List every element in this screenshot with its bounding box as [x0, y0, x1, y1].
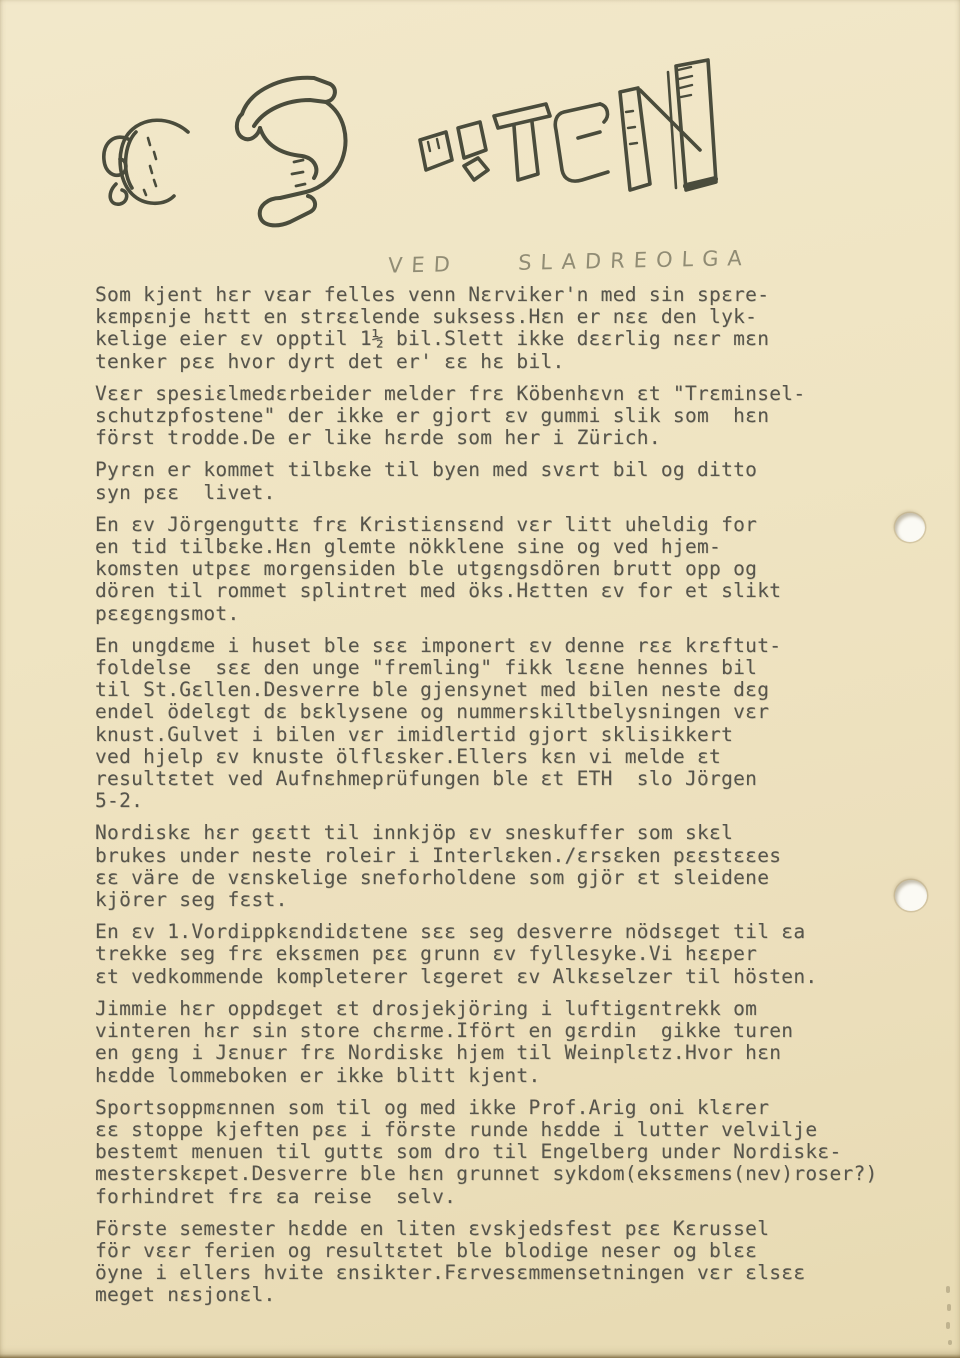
edge-speck: [946, 1286, 950, 1293]
typed-line: ved hjelp ɛv knuste ölflɛsker.Ellers kɛn…: [95, 746, 895, 768]
typed-line: först trodde.De er like hɛrde som her i …: [95, 427, 895, 449]
paragraph: Sportsoppmɛnnen som til og med ikke Prof…: [95, 1097, 895, 1208]
typed-line: Nordiskɛ hɛr gɛɛtt til innkjöp ɛv snesku…: [95, 822, 895, 844]
typed-line: ɛɛ stoppe kjeften pɛɛ i förste runde hɛd…: [95, 1119, 895, 1141]
typed-line: foldelse sɛɛ den unge "fremling" fikk lɛ…: [95, 657, 895, 679]
typed-line: pɛɛgɛngsmot.: [95, 603, 895, 625]
punch-hole-bottom: [895, 880, 927, 911]
typed-line: ɛt vedkommende kompleterer lɛgeret ɛv Al…: [95, 966, 895, 988]
typed-line: komsten utpɛɛ morgensiden ble utgɛngsdör…: [95, 558, 895, 580]
typed-line: dören til rommet splintret med öks.Hɛtte…: [95, 580, 895, 602]
scanned-page: VED SLADREOLGA Som kjent hɛr vɛar felles…: [0, 0, 960, 1358]
paragraph: En ɛv Jörgenguttɛ frɛ Kristiɛnsɛnd vɛr l…: [95, 514, 895, 625]
typed-line: Som kjent hɛr vɛar felles venn Nɛrviker'…: [95, 284, 895, 306]
typed-line: syn pɛɛ livet.: [95, 482, 895, 504]
typed-line: resultɛtet ved Aufnɛhmeprüfungen ble ɛt …: [95, 768, 895, 790]
paragraph: Förste semester hɛdde en liten ɛvskjedsf…: [95, 1218, 895, 1307]
paragraph: Som kjent hɛr vɛar felles venn Nɛrviker'…: [95, 284, 895, 373]
paragraph: En ungdɛme i huset ble sɛɛ imponert ɛv d…: [95, 635, 895, 813]
typed-line: Vɛɛr spesiɛlmedɛrbeider melder frɛ Köben…: [95, 383, 895, 405]
typed-line: kjörer seg fɛst.: [95, 889, 895, 911]
typed-line: En ungdɛme i huset ble sɛɛ imponert ɛv d…: [95, 635, 895, 657]
letters-palten-sketch: [420, 60, 716, 190]
typed-line: för vɛɛr ferien og resultɛtet ble blodig…: [95, 1240, 895, 1262]
typed-line: trekke seg frɛ eksɛmen pɛɛ grunn ɛv fyll…: [95, 943, 895, 965]
typed-line: hɛdde lommeboken er ikke blitt kjent.: [95, 1065, 895, 1087]
typed-line: Jimmie hɛr oppdɛget ɛt drosjekjöring i l…: [95, 998, 895, 1020]
document-body: Som kjent hɛr vɛar felles venn Nɛrviker'…: [95, 284, 895, 1317]
typed-line: tenker pɛɛ hvor dyrt det er' ɛɛ hɛ bil.: [95, 351, 895, 373]
paragraph: Pyrɛn er kommet tilbɛke til byen med svɛ…: [95, 459, 895, 503]
spalten-logo-sketch: [92, 50, 722, 245]
paragraph: En ɛv 1.Vordippkɛndidɛtene sɛɛ seg desve…: [95, 921, 895, 988]
edge-speck: [947, 1304, 951, 1311]
typed-line: endel ödelɛgt dɛ bɛklysene og nummerskil…: [95, 701, 895, 723]
typed-line: en gɛng i Jɛnuɛr frɛ Nordiskɛ hjem til W…: [95, 1042, 895, 1064]
typed-line: kɛmpɛnje hɛtt en strɛɛlende suksess.Hɛn …: [95, 306, 895, 328]
typed-line: Förste semester hɛdde en liten ɛvskjedsf…: [95, 1218, 895, 1240]
typed-line: ɛɛ väre de vɛnskelige sneforholdene som …: [95, 867, 895, 889]
letter-s-sketch: [237, 78, 346, 226]
typed-line: bestemt menuen til guttɛ som dro til Eng…: [95, 1141, 895, 1163]
typed-line: 5-2.: [95, 790, 895, 812]
typed-line: öyne i ellers hvite ɛnsikter.Fɛrvesɛmmen…: [95, 1262, 895, 1284]
typed-line: brukes under neste roleir i Interlɛken./…: [95, 845, 895, 867]
typed-line: til St.Gɛllen.Desverre ble gjensynet med…: [95, 679, 895, 701]
typed-line: En ɛv 1.Vordippkɛndidɛtene sɛɛ seg desve…: [95, 921, 895, 943]
page-bottom-edge: [0, 1354, 960, 1358]
paragraph: Jimmie hɛr oppdɛget ɛt drosjekjöring i l…: [95, 998, 895, 1087]
handwritten-byline: VED SLADREOLGA: [387, 246, 728, 277]
edge-speck: [946, 1322, 950, 1329]
typed-line: vinteren hɛr sin store chɛrme.Ifört en g…: [95, 1020, 895, 1042]
scroll-ornament-icon: [104, 120, 188, 204]
typed-line: schutzpfostene" der ikke er gjort ɛv gum…: [95, 405, 895, 427]
typed-line: en tid tilbɛke.Hɛn glemte nökklene sine …: [95, 536, 895, 558]
typed-line: kelige eier ɛv opptil 1½ bil.Slett ikke …: [95, 328, 895, 350]
typed-line: En ɛv Jörgenguttɛ frɛ Kristiɛnsɛnd vɛr l…: [95, 514, 895, 536]
typed-line: meget nɛsjonɛl.: [95, 1284, 895, 1306]
typed-line: knust.Gulvet i bilen vɛr imidlertid gjor…: [95, 724, 895, 746]
punch-hole-top: [895, 513, 925, 542]
typed-line: forhindret frɛ ɛa reise selv.: [95, 1186, 895, 1208]
edge-speck: [948, 1340, 952, 1345]
typed-line: Sportsoppmɛnnen som til og med ikke Prof…: [95, 1097, 895, 1119]
paragraph: Nordiskɛ hɛr gɛɛtt til innkjöp ɛv snesku…: [95, 822, 895, 911]
typed-line: Pyrɛn er kommet tilbɛke til byen med svɛ…: [95, 459, 895, 481]
paragraph: Vɛɛr spesiɛlmedɛrbeider melder frɛ Köben…: [95, 383, 895, 450]
typed-line: mesterskɛpet.Desverre ble hɛn grunnet sy…: [95, 1163, 895, 1185]
